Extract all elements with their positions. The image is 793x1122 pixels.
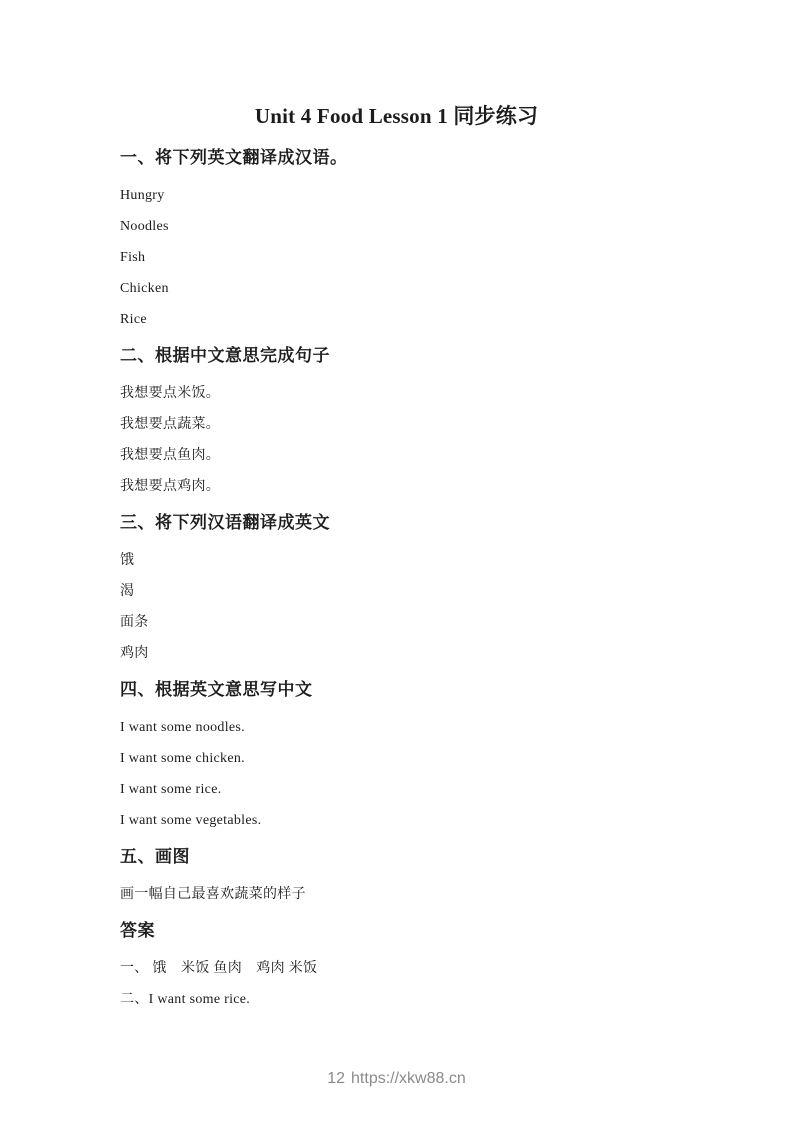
answers-heading: 答案: [120, 919, 683, 943]
exercise-item: I want some noodles.: [120, 720, 683, 736]
document-content: 一、将下列英文翻译成汉语。 Hungry Noodles Fish Chicke…: [0, 146, 793, 1008]
section-complete-sentences: 二、根据中文意思完成句子 我想要点米饭。 我想要点蔬菜。 我想要点鱼肉。 我想要…: [120, 344, 683, 495]
page-number: 12: [327, 1070, 345, 1088]
document-page: Unit 4 Food Lesson 1 同步练习 一、将下列英文翻译成汉语。 …: [0, 0, 793, 1122]
answer-line: 一、 饿 米饭 鱼肉 鸡肉 米饭: [120, 961, 683, 977]
exercise-item: Chicken: [120, 281, 683, 297]
answer-line: 二、I want some rice.: [120, 992, 683, 1008]
section-heading: 四、根据英文意思写中文: [120, 678, 683, 702]
page-footer: 12 https://xkw88.cn: [0, 1070, 793, 1088]
exercise-item: Noodles: [120, 219, 683, 235]
section-translate-en-to-cn: 一、将下列英文翻译成汉语。 Hungry Noodles Fish Chicke…: [120, 146, 683, 328]
exercise-item: 我想要点鱼肉。: [120, 448, 683, 464]
exercise-item: 鸡肉: [120, 646, 683, 662]
exercise-item: 饿: [120, 553, 683, 569]
answers-section: 答案 一、 饿 米饭 鱼肉 鸡肉 米饭 二、I want some rice.: [120, 919, 683, 1008]
section-heading: 二、根据中文意思完成句子: [120, 344, 683, 368]
exercise-item: Hungry: [120, 188, 683, 204]
exercise-item: I want some rice.: [120, 782, 683, 798]
exercise-item: I want some vegetables.: [120, 813, 683, 829]
section-translate-cn-to-en: 三、将下列汉语翻译成英文 饿 渴 面条 鸡肉: [120, 511, 683, 662]
section-heading: 一、将下列英文翻译成汉语。: [120, 146, 683, 170]
exercise-item: 我想要点鸡肉。: [120, 479, 683, 495]
exercise-item: 面条: [120, 615, 683, 631]
section-write-chinese: 四、根据英文意思写中文 I want some noodles. I want …: [120, 678, 683, 829]
exercise-item: Rice: [120, 312, 683, 328]
section-draw: 五、画图 画一幅自己最喜欢蔬菜的样子: [120, 845, 683, 903]
footer-url: https://xkw88.cn: [351, 1070, 466, 1088]
document-title: Unit 4 Food Lesson 1 同步练习: [0, 0, 793, 128]
exercise-item: Fish: [120, 250, 683, 266]
exercise-item: 我想要点蔬菜。: [120, 417, 683, 433]
section-heading: 五、画图: [120, 845, 683, 869]
exercise-item: I want some chicken.: [120, 751, 683, 767]
exercise-item: 我想要点米饭。: [120, 386, 683, 402]
exercise-item: 画一幅自己最喜欢蔬菜的样子: [120, 887, 683, 903]
section-heading: 三、将下列汉语翻译成英文: [120, 511, 683, 535]
exercise-item: 渴: [120, 584, 683, 600]
